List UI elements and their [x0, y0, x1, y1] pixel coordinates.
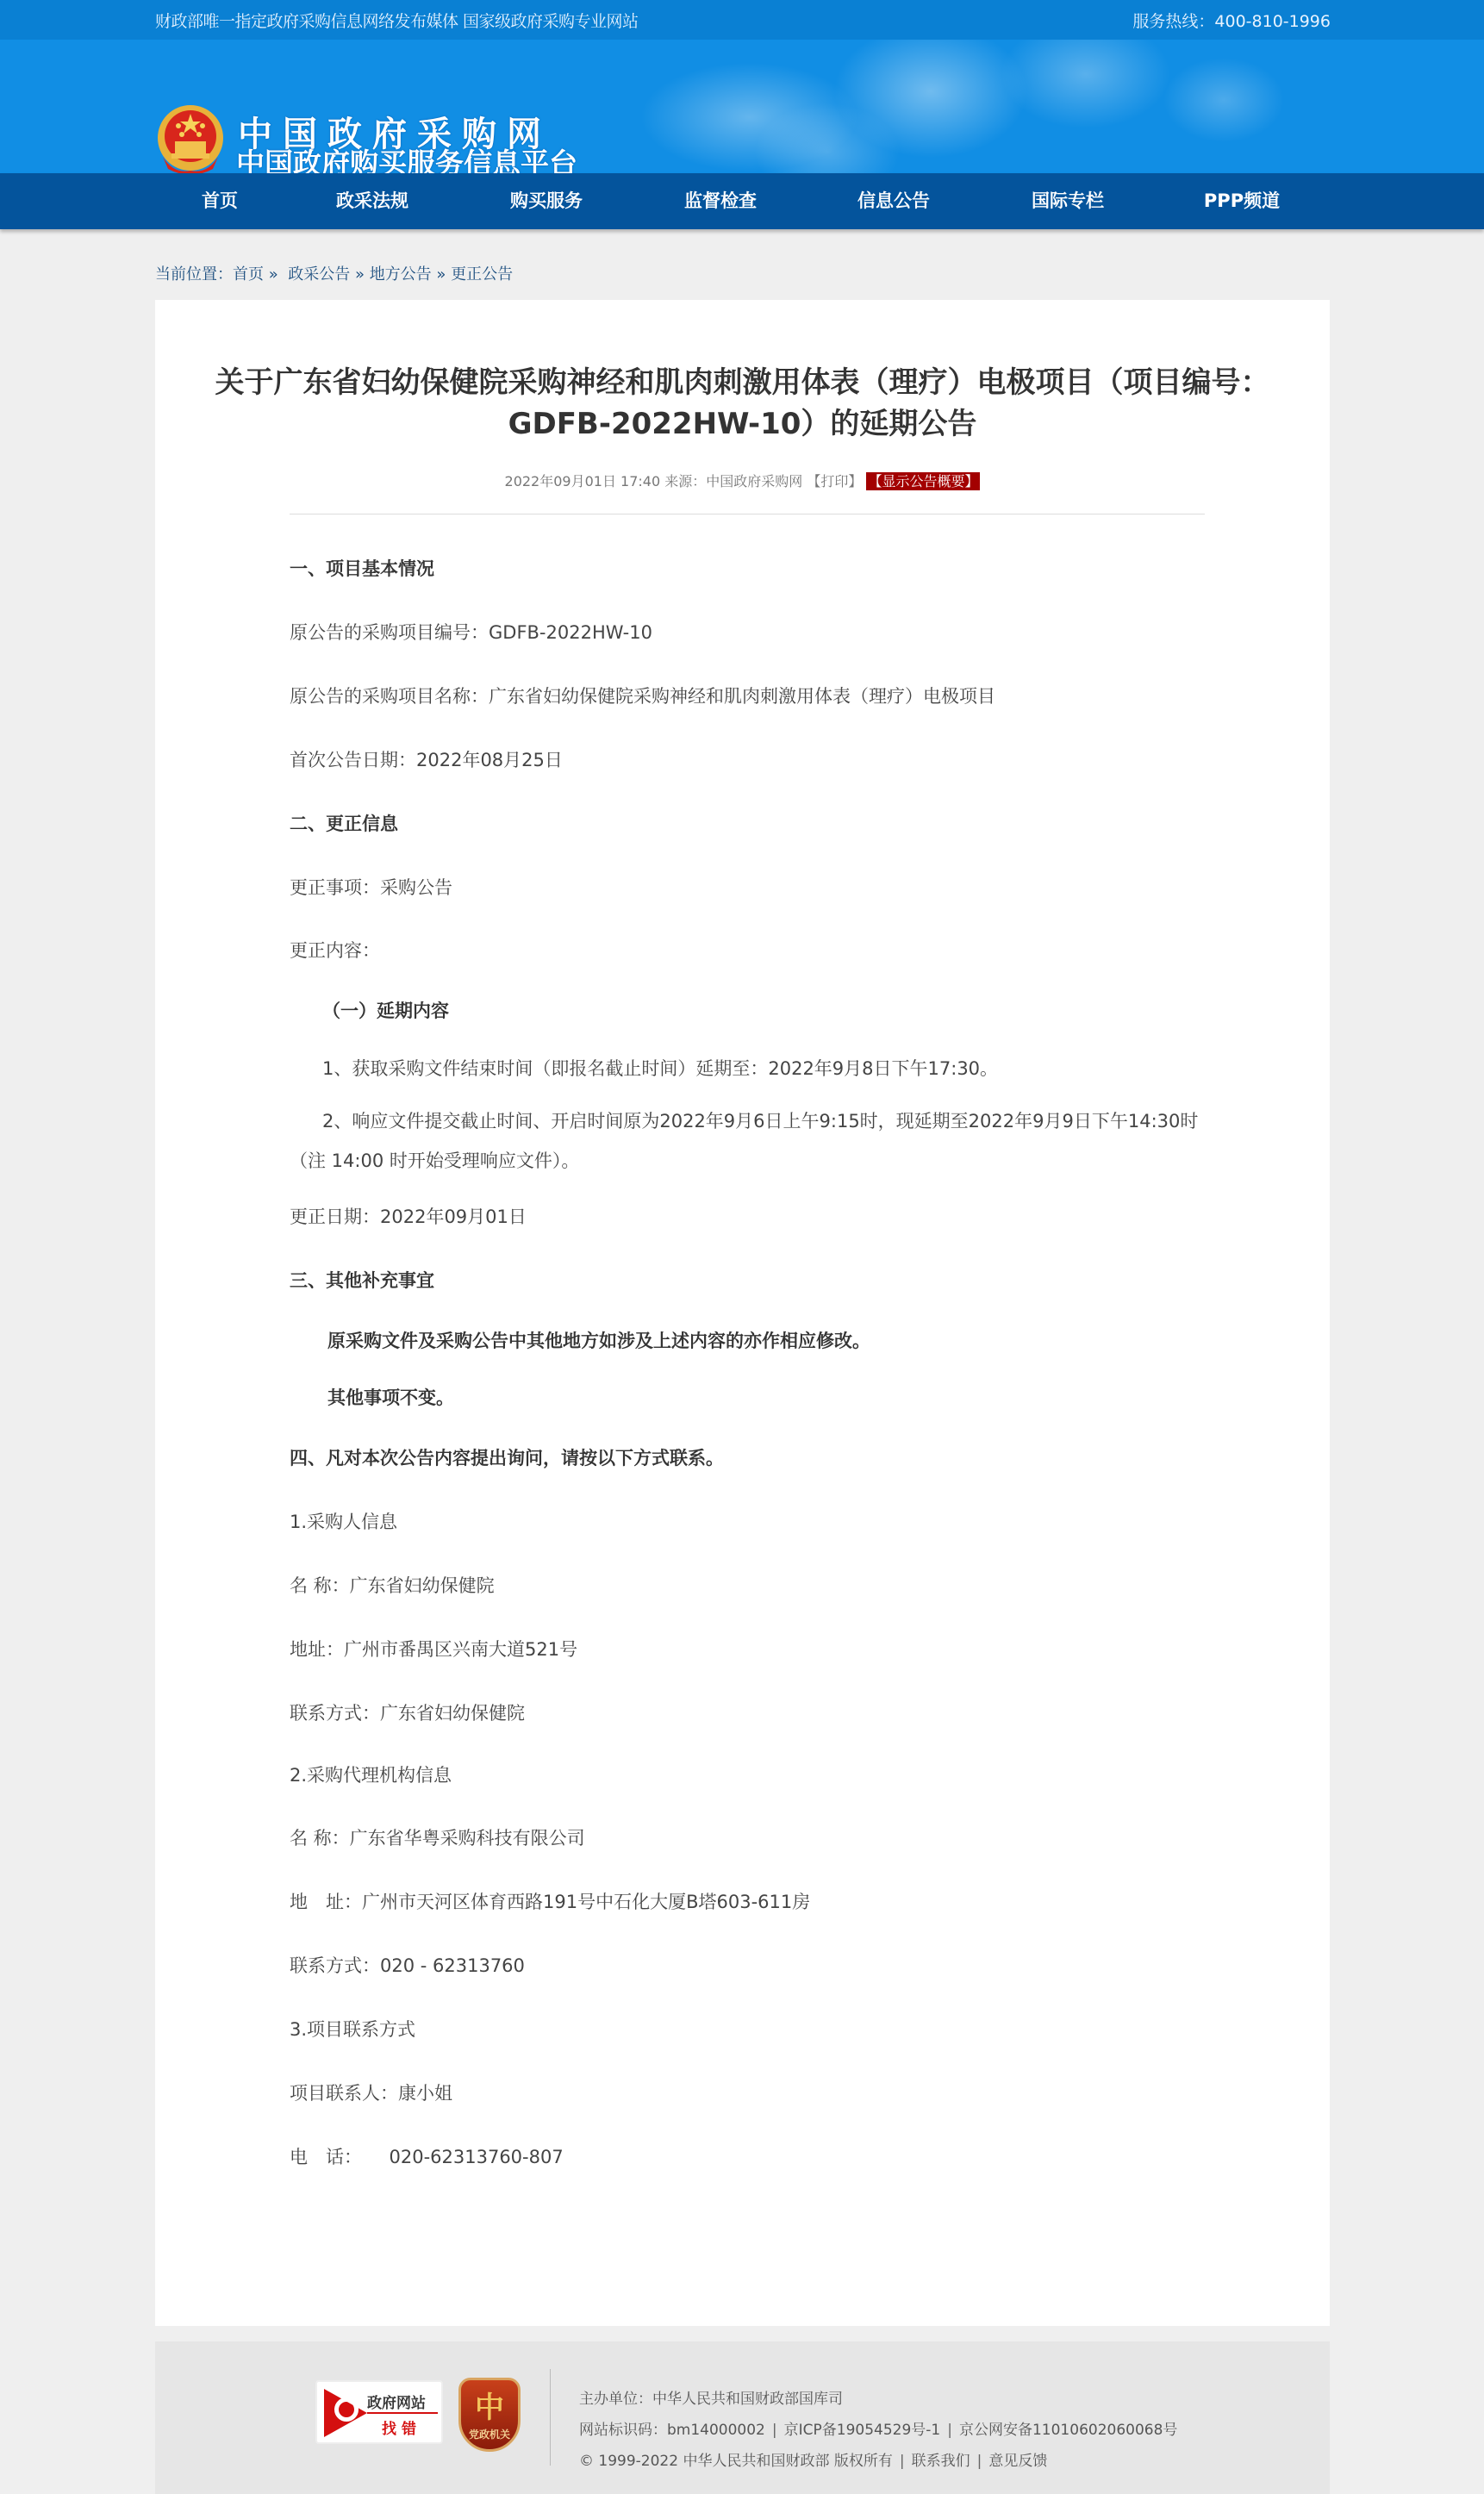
body-text: 更正日期：2022年09月01日	[290, 1203, 527, 1229]
section-heading: 三、其他补充事宜	[290, 1267, 434, 1293]
body-text-bold: 其他事项不变。	[327, 1384, 454, 1410]
article-title-line2: GDFB-2022HW-10）的延期公告	[155, 403, 1330, 445]
service-hotline: 服务热线：400-810-1996	[1132, 9, 1331, 32]
title-divider	[290, 514, 1205, 514]
body-text: 联系方式：020 - 62313760	[290, 1952, 525, 1978]
site-code: 网站标识码：bm14000002	[579, 2422, 765, 2439]
separator: |	[947, 2422, 952, 2439]
article-title: 关于广东省妇幼保健院采购神经和肌肉刺激用体表（理疗）电极项目（项目编号： GDF…	[155, 362, 1330, 445]
body-text: 联系方式：广东省妇幼保健院	[290, 1699, 525, 1725]
article-meta: 2022年09月01日 17:40 来源：中国政府采购网 【打印】 【显示公告概…	[155, 471, 1330, 490]
nav-item-regulations[interactable]: 政采法规	[303, 173, 441, 229]
breadcrumb-prefix: 当前位置：	[155, 265, 233, 284]
body-text: 地址：广州市番禺区兴南大道521号	[290, 1636, 577, 1662]
main-nav: 首页 政采法规 购买服务 监督检查 信息公告 国际专栏 PPP频道	[0, 173, 1484, 229]
badge-divider	[367, 2412, 438, 2414]
police-record-link[interactable]: 京公网安备11010602060068号	[959, 2422, 1177, 2439]
body-text: 2、响应文件提交截止时间、开启时间原为2022年9月6日上午9:15时，现延期至…	[290, 1101, 1205, 1181]
nav-item-announcements[interactable]: 信息公告	[825, 173, 963, 229]
body-text: 1、获取采购文件结束时间（即报名截止时间）延期至：2022年9月8日下午17:3…	[322, 1055, 998, 1081]
breadcrumb-correction-notices[interactable]: 更正公告	[451, 265, 513, 284]
breadcrumb-home[interactable]: 首页	[233, 265, 264, 284]
article-title-line1: 关于广东省妇幼保健院采购神经和肌肉刺激用体表（理疗）电极项目（项目编号：	[155, 362, 1330, 403]
breadcrumb-local-notices[interactable]: 地方公告	[370, 265, 432, 284]
party-gov-emblem-icon: 中	[461, 2384, 518, 2426]
subsection-heading: （一）延期内容	[322, 997, 449, 1023]
icp-link[interactable]: 京ICP备19054529号-1	[784, 2422, 941, 2439]
body-text: 更正内容：	[290, 937, 380, 963]
body-text: 更正事项：采购公告	[290, 874, 452, 900]
header-banner: 中国政府采购网 中国政府购买服务信息平台 www.ccgp.gov.cn	[0, 40, 1484, 173]
nav-item-purchase-services[interactable]: 购买服务	[477, 173, 615, 229]
breadcrumb: 当前位置：首页 » 政采公告 » 地方公告 » 更正公告	[155, 262, 513, 284]
site-footer: 政府网站 找错 中 党政机关 主办单位：中华人民共和国财政部国库司 网站标识码：…	[155, 2341, 1330, 2494]
badge-label: 政府网站	[367, 2391, 426, 2412]
nav-item-international[interactable]: 国际专栏	[999, 173, 1137, 229]
badge-label: 找错	[382, 2416, 421, 2438]
body-text-bold: 原采购文件及采购公告中其他地方如涉及上述内容的亦作相应修改。	[327, 1327, 870, 1353]
article-card: 关于广东省妇幼保健院采购神经和肌肉刺激用体表（理疗）电极项目（项目编号： GDF…	[155, 300, 1330, 2326]
breadcrumb-separator: »	[269, 265, 278, 284]
footer-sponsor: 主办单位：中华人民共和国财政部国库司	[579, 2386, 843, 2408]
feedback-link[interactable]: 意见反馈	[988, 2453, 1047, 2470]
body-text: 原公告的采购项目编号：GDFB-2022HW-10	[290, 619, 652, 645]
body-text: 项目联系人：康小姐	[290, 2079, 452, 2105]
section-heading: 二、更正信息	[290, 810, 398, 836]
separator: |	[900, 2453, 905, 2470]
body-text: 首次公告日期：2022年08月25日	[290, 746, 563, 772]
footer-registration: 网站标识码：bm14000002|京ICP备19054529号-1|京公网安备1…	[579, 2417, 1177, 2439]
body-text: 原公告的采购项目名称：广东省妇幼保健院采购神经和肌肉刺激用体表（理疗）电极项目	[290, 683, 995, 708]
footer-copyright-row: © 1999-2022 中华人民共和国财政部 版权所有|联系我们|意见反馈	[579, 2448, 1047, 2470]
breadcrumb-procurement-notices[interactable]: 政采公告	[288, 265, 350, 284]
body-text: 地 址：广州市天河区体育西路191号中石化大厦B塔603-611房	[290, 1888, 810, 1914]
footer-divider	[550, 2369, 551, 2466]
breadcrumb-separator: »	[436, 265, 446, 284]
breadcrumb-separator: »	[355, 265, 365, 284]
contact-us-link[interactable]: 联系我们	[912, 2453, 970, 2470]
body-text: 2.采购代理机构信息	[290, 1761, 452, 1787]
separator: |	[977, 2453, 982, 2470]
gov-website-error-report-badge[interactable]: 政府网站 找错	[315, 2380, 443, 2444]
nav-item-supervision[interactable]: 监督检查	[652, 173, 789, 229]
site-slogan: 财政部唯一指定政府采购信息网络发布媒体 国家级政府采购专业网站	[155, 9, 639, 32]
top-bar: 财政部唯一指定政府采购信息网络发布媒体 国家级政府采购专业网站 服务热线：400…	[0, 0, 1484, 40]
body-text: 电 话： 020-62313760-807	[290, 2143, 564, 2169]
section-heading: 一、项目基本情况	[290, 555, 434, 581]
separator: |	[772, 2422, 777, 2439]
nav-item-home[interactable]: 首页	[151, 173, 289, 229]
body-text: 名 称：广东省华粤采购科技有限公司	[290, 1824, 585, 1850]
nav-item-ppp[interactable]: PPP频道	[1173, 173, 1311, 229]
article-source: 来源：中国政府采购网	[664, 473, 802, 489]
print-link[interactable]: 【打印】	[807, 473, 862, 489]
badge-label: 党政机关	[461, 2427, 518, 2441]
section-heading: 四、凡对本次公告内容提出询问，请按以下方式联系。	[290, 1444, 724, 1470]
show-summary-button[interactable]: 【显示公告概要】	[866, 472, 980, 490]
copyright: © 1999-2022 中华人民共和国财政部 版权所有	[579, 2453, 893, 2470]
magnifier-icon	[334, 2397, 359, 2422]
body-text: 名 称：广东省妇幼保健院	[290, 1572, 495, 1598]
body-text: 3.项目联系方式	[290, 2016, 415, 2042]
body-text: 1.采购人信息	[290, 1508, 397, 1534]
party-gov-agency-badge[interactable]: 中 党政机关	[458, 2378, 521, 2452]
national-emblem-icon	[156, 103, 225, 176]
publish-datetime: 2022年09月01日 17:40	[505, 473, 661, 489]
